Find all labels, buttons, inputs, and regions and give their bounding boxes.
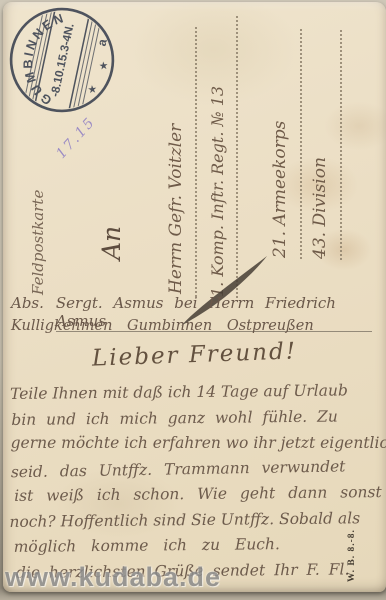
sender-place: Kulligkehmen Gumbinnen Ostpreußen [11, 318, 314, 334]
message-line: noch? Hoffentlich sind Sie Untffz. Sobal… [9, 506, 384, 535]
pencil-note: 17.15 [53, 114, 98, 162]
message-line: möglich komme ich zu Euch. [14, 531, 385, 560]
message-body: Teile Ihnen mit daß ich 14 Tage auf Urla… [10, 378, 385, 586]
address-line: 21. Armeekorps [270, 28, 290, 258]
postcard-back: GUMBINNEN -8.10.15.3-4N. ★ ★ a 17.15 Fel… [3, 2, 386, 592]
greeting: Lieber Freund! [3, 335, 386, 374]
message-line: Teile Ihnen mit daß ich 14 Tage auf Urla… [10, 378, 383, 407]
address-rule-3 [300, 29, 302, 259]
postmark-star-icon: ★ [98, 60, 110, 72]
postmark-stamp-icon: GUMBINNEN -8.10.15.3-4N. ★ ★ a [0, 0, 128, 126]
message-line: bin und ich mich ganz wohl fühle. Zu [11, 404, 383, 433]
message-line: gerne möchte ich erfahren wo ihr jetzt e… [11, 431, 384, 457]
address-line: 43. Division [310, 29, 330, 259]
scanned-photo-background: GUMBINNEN -8.10.15.3-4N. ★ ★ a 17.15 Fel… [0, 0, 386, 600]
feldpost-note: Feldpostkarte [29, 125, 47, 295]
printer-mark: W. B. 8.-8. [347, 536, 357, 582]
watermark: www.kudaba.de [5, 562, 221, 593]
postmark-star-icon: ★ [86, 84, 98, 96]
address-rule-4 [340, 30, 342, 260]
address-salutation: An [97, 140, 126, 260]
postmark-date: -8.10.15.3-4N. [48, 22, 76, 98]
